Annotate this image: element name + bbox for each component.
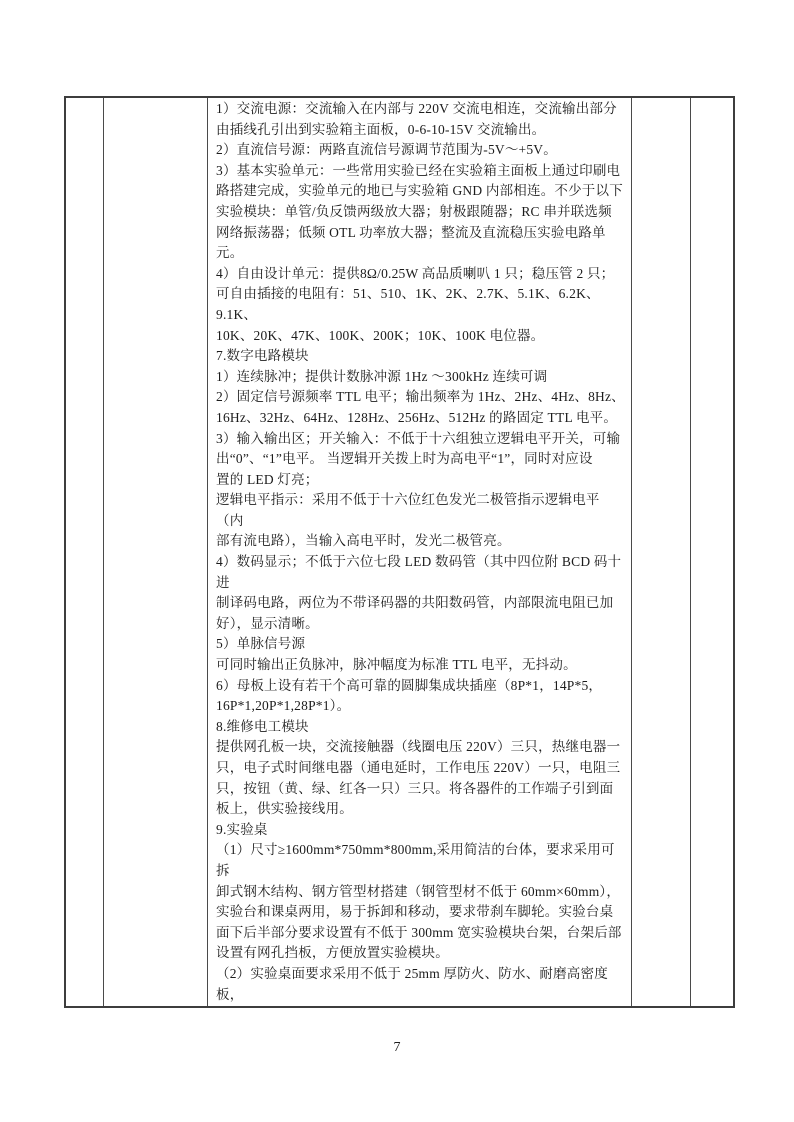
spec-line: 网络振荡器；低频 OTL 功率放大器；整流及直流稳压实验电路单元。 [216,223,626,264]
spec-line: 由插线孔引出到实验箱主面板，0-6-10-15V 交流输出。 [216,120,626,141]
spec-line: 实验模块：单管/负反馈两级放大器；射极跟随器；RC 串并联选频 [216,202,626,223]
spec-line: 5）单脉信号源 [216,634,626,655]
spec-line: 部有流电路），当输入高电平时，发光二极管亮。 [216,531,626,552]
spec-line: （2）实验桌面要求采用不低于 25mm 厚防火、防水、耐磨高密度板， [216,964,626,1005]
spec-line: 3）输入输出区；开关输入：不低于十六组独立逻辑电平开关，可输 [216,429,626,450]
spec-line: 9.实验桌 [216,820,626,841]
spec-line: 16Hz、32Hz、64Hz、128Hz、256Hz、512Hz 的路固定 TT… [216,408,626,429]
spec-line: 好），显示清晰。 [216,614,626,635]
spec-line: 卸式钢木结构、钢方管型材搭建（钢管型材不低于 60mm×60mm）， [216,882,626,903]
spec-line: 制译码电路，两位为不带译码器的共阳数码管，内部限流电阻已加 [216,593,626,614]
page-number: 7 [394,1040,401,1055]
table-cell-index [66,98,104,1006]
spec-line: 可自由插接的电阻有：51、510、1K、2K、2.7K、5.1K、6.2K、9.… [216,284,626,325]
spec-line: 面下后半部分要求设置有不低于 300mm 宽实验模块台架，台架后部 [216,923,626,944]
spec-line: 1）交流电源：交流输入在内部与 220V 交流电相连，交流输出部分 [216,99,626,120]
table-cell-quantity [632,98,691,1006]
spec-line: 板上，供实验接线用。 [216,799,626,820]
spec-line: 只，电子式时间继电器（通电延时，工作电压 220V）一只，电阻三 [216,758,626,779]
spec-line: 设置有网孔挡板，方便放置实验模块。 [216,943,626,964]
spec-line: 提供网孔板一块，交流接触器（线圈电压 220V）三只，热继电器一 [216,737,626,758]
spec-line: 只，按钮（黄、绿、红各一只）三只。将各器件的工作端子引到面 [216,779,626,800]
page-footer: 7 [0,1038,794,1056]
table-cell-specifications: 1）交流电源：交流输入在内部与 220V 交流电相连，交流输出部分由插线孔引出到… [208,98,632,1006]
spec-line: （1）尺寸≥1600mm*750mm*800mm,采用简洁的台体，要求采用可拆 [216,840,626,881]
spec-line: 3）基本实验单元：一些常用实验已经在实验箱主面板上通过印刷电 [216,161,626,182]
spec-line: 1）连续脉冲；提供计数脉冲源 1Hz ～300kHz 连续可调 [216,367,626,388]
spec-line: 实验台和课桌两用，易于拆卸和移动，要求带刹车脚轮。实验台桌 [216,902,626,923]
spec-line: 10K、20K、47K、100K、200K；10K、100K 电位器。 [216,326,626,347]
spec-line: 7.数字电路模块 [216,346,626,367]
spec-line: 6）母板上设有若干个高可靠的圆脚集成块插座（8P*1，14P*5， [216,676,626,697]
spec-line: 路搭建完成，实验单元的地已与实验箱 GND 内部相连。不少于以下 [216,181,626,202]
table-cell-remarks [691,98,733,1006]
spec-line: 2）直流信号源：两路直流信号源调节范围为-5V～+5V。 [216,140,626,161]
spec-line: 16P*1,20P*1,28P*1）。 [216,696,626,717]
document-page: 1）交流电源：交流输入在内部与 220V 交流电相连，交流输出部分由插线孔引出到… [0,0,794,1122]
spec-line: 出“0”、“1”电平。 当逻辑开关拨上时为高电平“1”，同时对应设 [216,449,626,470]
table-cell-item-name [104,98,208,1006]
spec-line: 8.维修电工模块 [216,717,626,738]
spec-line: 置的 LED 灯亮； [216,470,626,491]
spec-line: 4）数码显示；不低于六位七段 LED 数码管（其中四位附 BCD 码十进 [216,552,626,593]
specification-table: 1）交流电源：交流输入在内部与 220V 交流电相连，交流输出部分由插线孔引出到… [64,96,735,1008]
spec-line: 2）固定信号源频率 TTL 电平；输出频率为 1Hz、2Hz、4Hz、8Hz、 [216,387,626,408]
spec-line: 结构坚固，正面边圆弧形设计。 [216,1005,626,1006]
spec-line: 逻辑电平指示：采用不低于十六位红色发光二极管指示逻辑电平（内 [216,490,626,531]
spec-line: 4）自由设计单元：提供8Ω/0.25W 高品质喇叭 1 只；稳压管 2 只； [216,264,626,285]
spec-line: 可同时输出正负脉冲，脉冲幅度为标准 TTL 电平，无抖动。 [216,655,626,676]
